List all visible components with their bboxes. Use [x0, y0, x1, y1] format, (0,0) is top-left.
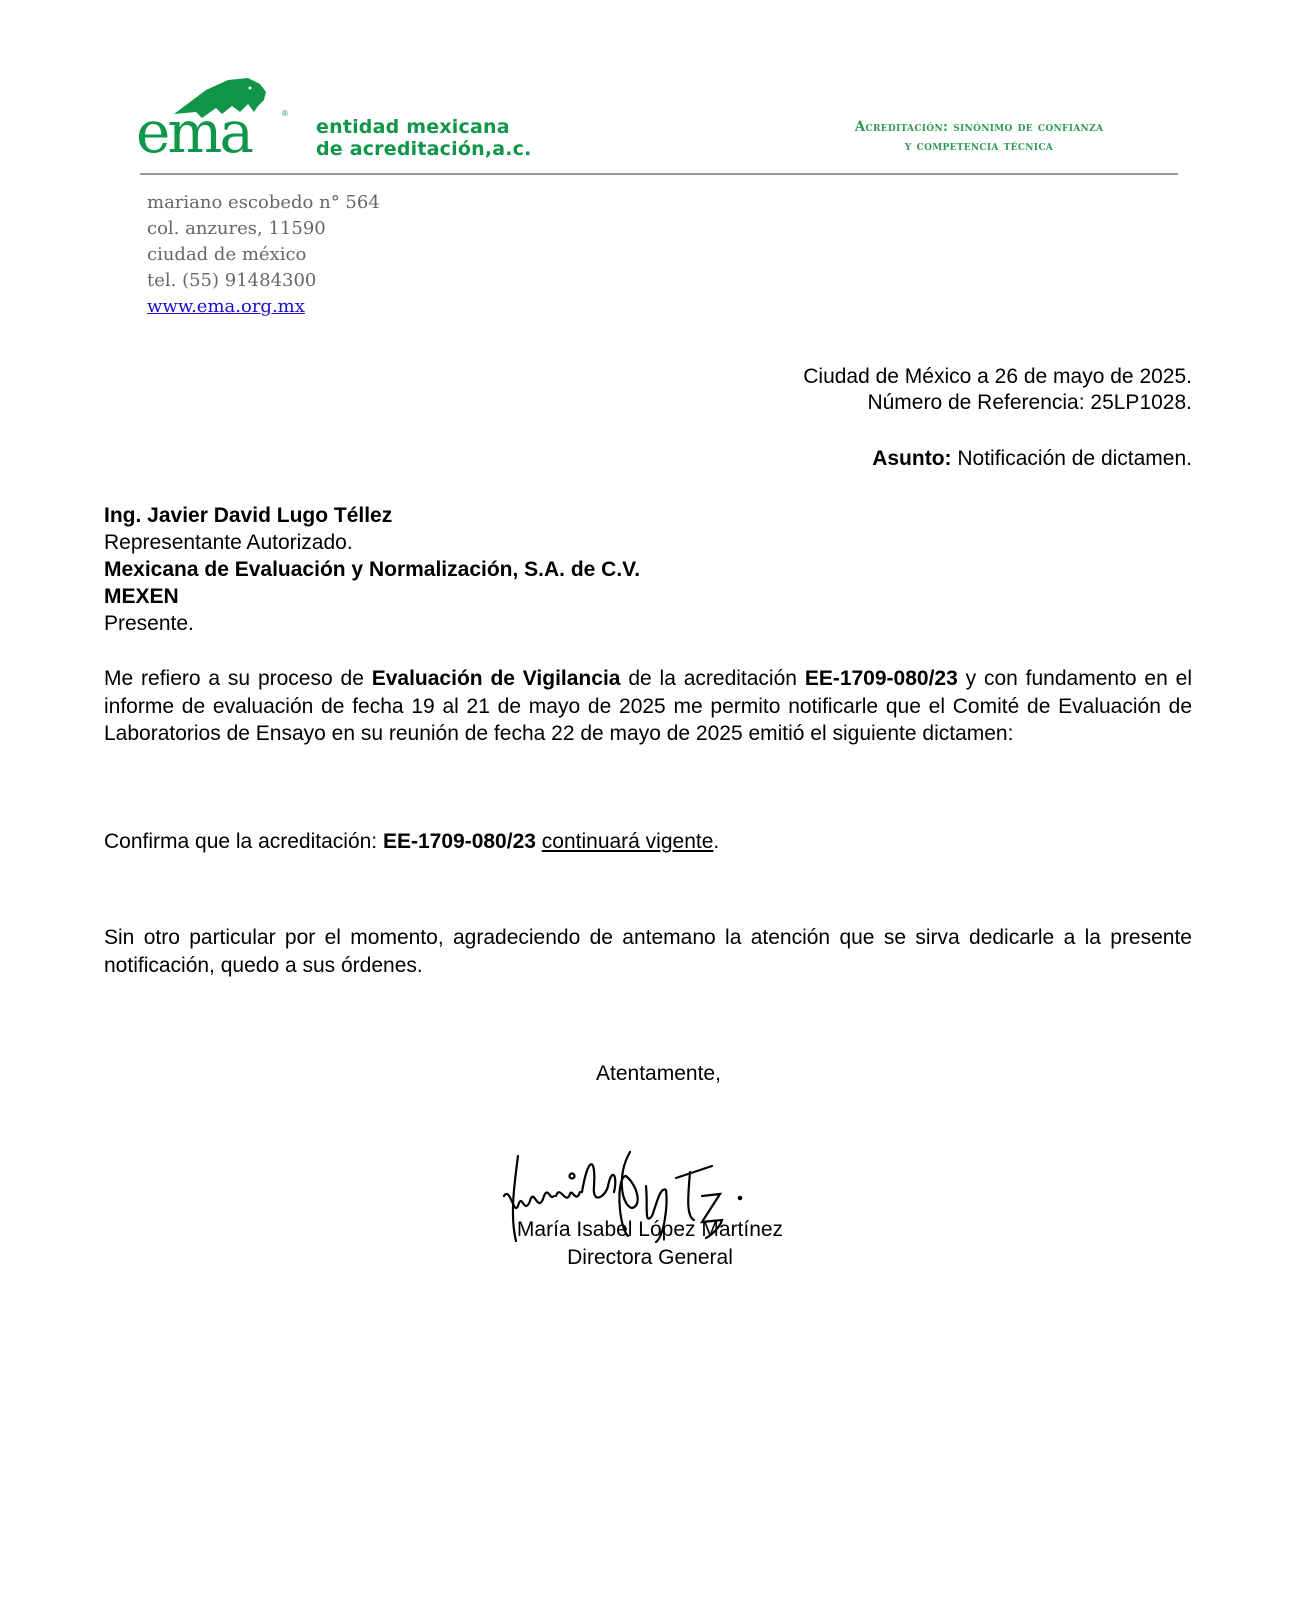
tagline: Acreditación: sinónimo de confianza y co… — [780, 118, 1178, 156]
subject-label: Asunto: — [872, 447, 951, 470]
p2-text-1: Confirma que la acreditación: — [104, 830, 383, 853]
address-phone: tel. (55) 91484300 — [147, 268, 380, 294]
body-paragraph-3: Sin otro particular por el momento, agra… — [104, 924, 1192, 979]
address-city: ciudad de méxico — [147, 242, 380, 268]
date-line: Ciudad de México a 26 de mayo de 2025. — [803, 364, 1192, 390]
p2-accreditation-id: EE-1709-080/23 — [383, 830, 536, 853]
org-name-line2: de acreditación,a.c. — [316, 138, 532, 160]
p1-text-2: de la acreditación — [620, 667, 804, 690]
closing: Atentamente, — [596, 1062, 721, 1086]
address-block: mariano escobedo n° 564 col. anzures, 11… — [147, 190, 380, 320]
address-colony: col. anzures, 11590 — [147, 216, 380, 242]
address-street: mariano escobedo n° 564 — [147, 190, 380, 216]
signer-block: María Isabel López Martínez Directora Ge… — [440, 1216, 860, 1272]
p1-text-1: Me refiero a su proceso de — [104, 667, 372, 690]
body-paragraph-1: Me refiero a su proceso de Evaluación de… — [104, 665, 1192, 748]
p1-process-name: Evaluación de Vigilancia — [372, 667, 621, 690]
ema-logo: ema ® — [136, 76, 296, 158]
svg-text:®: ® — [282, 109, 288, 118]
recipient-company: Mexicana de Evaluación y Normalización, … — [104, 558, 640, 581]
date-reference-block: Ciudad de México a 26 de mayo de 2025. N… — [803, 364, 1192, 416]
tagline-line2: y competencia técnica — [780, 137, 1178, 156]
recipient-name: Ing. Javier David Lugo Téllez — [104, 504, 392, 527]
subject-text: Notificación de dictamen. — [957, 447, 1192, 470]
eagle-logo-icon: ema ® — [136, 76, 296, 158]
svg-text:ema: ema — [136, 98, 252, 158]
organization-name: entidad mexicana de acreditación,a.c. — [316, 116, 532, 160]
p1-accreditation-id: EE-1709-080/23 — [805, 667, 958, 690]
signer-title: Directora General — [440, 1244, 860, 1272]
recipient-role: Representante Autorizado. — [104, 529, 640, 556]
org-name-line1: entidad mexicana — [316, 116, 532, 138]
recipient-presente: Presente. — [104, 610, 640, 637]
tagline-line1: Acreditación: sinónimo de confianza — [780, 118, 1178, 137]
reference-line: Número de Referencia: 25LP1028. — [803, 390, 1192, 416]
body-paragraph-2: Confirma que la acreditación: EE-1709-08… — [104, 828, 1192, 856]
p2-status: continuará vigente — [542, 830, 714, 853]
recipient-acronym: MEXEN — [104, 585, 179, 608]
header-divider — [140, 173, 1178, 175]
signer-name: María Isabel López Martínez — [440, 1216, 860, 1244]
website-link[interactable]: www.ema.org.mx — [147, 296, 305, 317]
subject-line: Asunto: Notificación de dictamen. — [872, 446, 1192, 472]
p2-end: . — [713, 830, 719, 853]
recipient-block: Ing. Javier David Lugo Téllez Representa… — [104, 502, 640, 637]
